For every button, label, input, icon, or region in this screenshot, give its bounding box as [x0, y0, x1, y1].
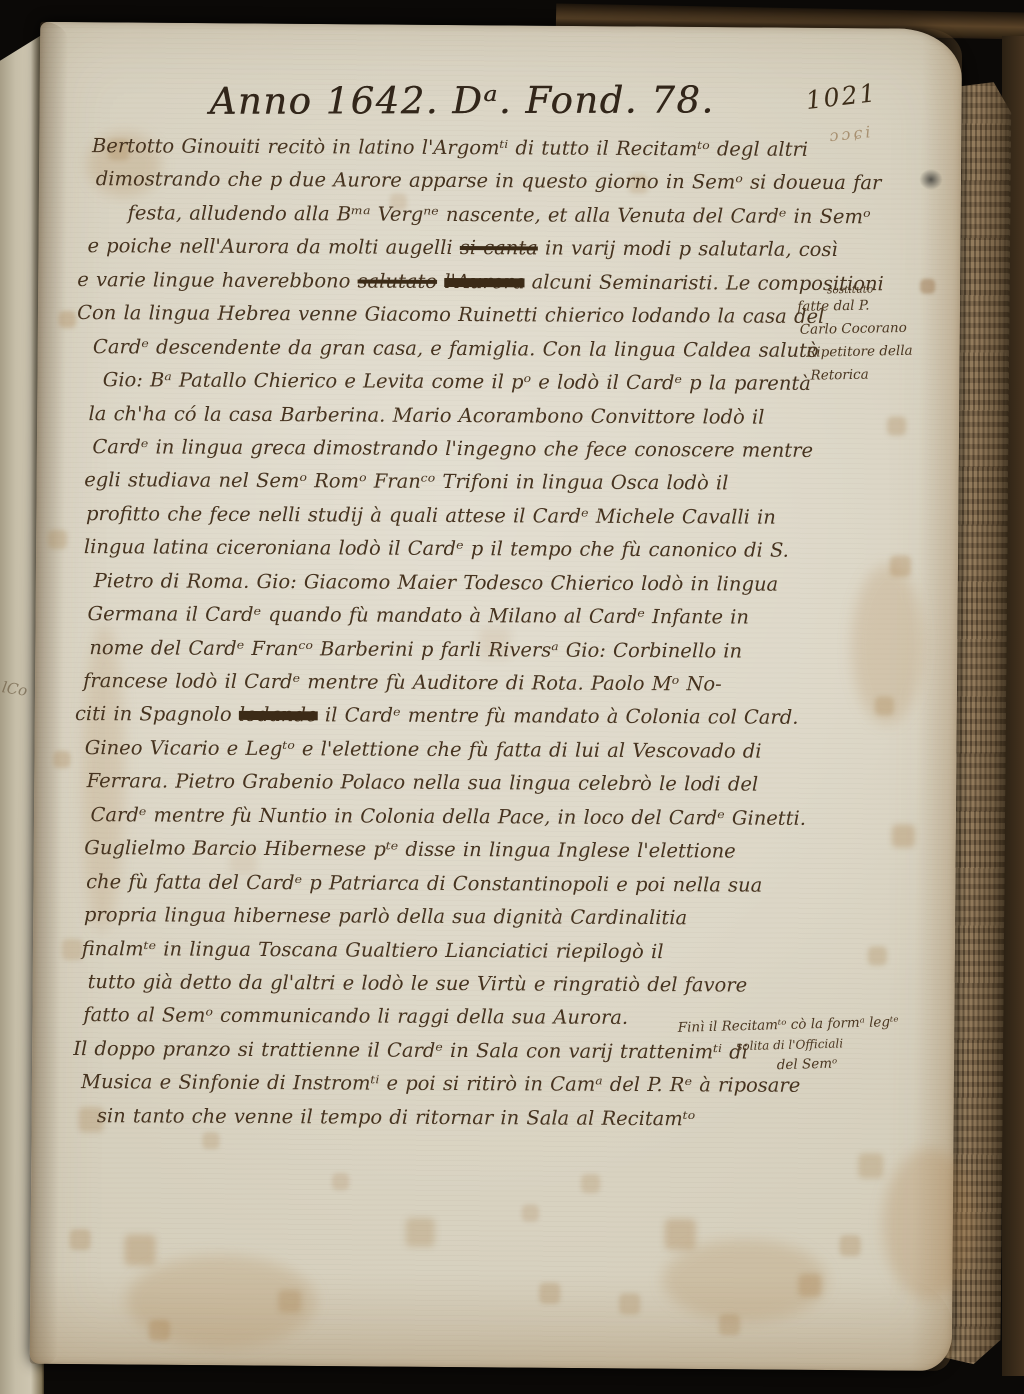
- manuscript-line: finalmᵗᵉ in lingua Toscana Gualtiero Lia…: [82, 932, 826, 969]
- handwritten-text: il Cardᵉ mentre fù mandato à Colonia col…: [318, 704, 799, 730]
- margin-note-lower: Finì il Recitamᵗᵒ cò la formᵃ legᵗᵉsolit…: [677, 1010, 969, 1078]
- manuscript-line: Cardᵉ in lingua greca dimostrando l'inge…: [92, 430, 828, 467]
- manuscript-line: francese lodò il Cardᵉ mentre fù Auditor…: [83, 664, 827, 701]
- handwritten-text: e poiche nell'Aurora da molti augelli: [87, 234, 459, 259]
- bleed-mark-top: ɔɔɕi: [829, 122, 875, 145]
- handwritten-text: sin tanto che venne il tempo di ritornar…: [97, 1104, 695, 1130]
- struck-text: si canta: [460, 236, 538, 259]
- handwritten-text: francese lodò il Cardᵉ mentre fù Auditor…: [83, 669, 722, 695]
- manuscript-line: e varie lingue haverebbono salutato l'Au…: [77, 263, 829, 300]
- manuscript-line: tutto già detto da gl'altri e lodò le su…: [88, 965, 826, 1002]
- manuscript-line: Pietro di Roma. Gio: Giacomo Maier Todes…: [94, 564, 828, 601]
- struck-text: lodando: [239, 703, 318, 726]
- ink-blot: [916, 166, 946, 193]
- manuscript-line: Gineo Vicario e Legᵗᵒ e l'elettione che …: [85, 731, 827, 768]
- margin-note-line: Carlo Cocorano: [800, 316, 963, 342]
- handwritten-text: in varij modi p salutarla, così: [538, 237, 838, 262]
- manuscript-text: Bertotto Ginouiti recitò in latino l'Arg…: [73, 129, 830, 1136]
- manuscript-line: sin tanto che venne il tempo di ritornar…: [97, 1099, 825, 1136]
- manuscript-line: la ch'ha có la casa Barberina. Mario Aco…: [89, 397, 829, 434]
- manuscript-line: Gio: Bᵃ Patallo Chierico e Levita come i…: [103, 363, 829, 400]
- manuscript-line: e poiche nell'Aurora da molti augelli si…: [87, 229, 829, 266]
- handwritten-text: Cardᵉ descendente da gran casa, e famigl…: [93, 335, 819, 362]
- margin-note-upper: sostituto fatte dal P.Carlo CocoranoRipe…: [797, 277, 964, 388]
- manuscript-line: Con la lingua Hebrea venne Giacomo Ruine…: [77, 296, 829, 333]
- handwritten-text: Cardᵉ mentre fù Nuntio in Colonia della …: [90, 803, 806, 830]
- handwritten-text: tutto già detto da gl'altri e lodò le su…: [88, 970, 748, 996]
- handwritten-text: festa, alludendo alla Bᵐᵃ Vergⁿᵉ nascent…: [128, 201, 871, 228]
- folio-number: 1021: [804, 78, 878, 115]
- manuscript-line: dimostrando che p due Aurore apparse in …: [96, 163, 830, 200]
- bleed-mark-left: lCo: [1, 678, 29, 700]
- manuscript-line: Ferrara. Pietro Grabenio Polaco nella su…: [87, 764, 827, 801]
- manuscript-line: Cardᵉ descendente da gran casa, e famigl…: [93, 330, 829, 367]
- manuscript-line: Germana il Cardᵉ quando fù mandato à Mil…: [87, 597, 827, 634]
- manuscript-line: che fù fatta del Cardᵉ p Patriarca di Co…: [86, 865, 826, 902]
- manuscript-line: Cardᵉ mentre fù Nuntio in Colonia della …: [90, 798, 826, 835]
- handwritten-text: Gineo Vicario e Legᵗᵒ e l'elettione che …: [85, 736, 762, 763]
- manuscript-line: festa, alludendo alla Bᵐᵃ Vergⁿᵉ nascent…: [128, 196, 830, 233]
- margin-note-line: Retorica: [810, 362, 963, 388]
- handwritten-text: Gio: Bᵃ Patallo Chierico e Levita come i…: [103, 368, 811, 395]
- manuscript-line: egli studiava nel Semᵒ Romᵒ Franᶜᵒ Trifo…: [84, 463, 828, 500]
- handwritten-text: profitto che fece nelli studij à quali a…: [86, 502, 776, 529]
- handwritten-text: Con la lingua Hebrea venne Giacomo Ruine…: [77, 301, 824, 328]
- margin-note-line: fatte dal P.: [797, 293, 962, 319]
- margin-note-lines: fatte dal P.Carlo CocoranoRipetitore del…: [797, 293, 964, 388]
- margin-note-line: Ripetitore della: [806, 339, 963, 365]
- manuscript-line: lingua latina ciceroniana lodò il Cardᵉ …: [84, 530, 828, 567]
- handwritten-text: Cardᵉ in lingua greca dimostrando l'inge…: [92, 435, 813, 462]
- struck-text: l'Aurora: [444, 270, 524, 293]
- manuscript-line: propria lingua hibernese parlò della sua…: [84, 898, 826, 935]
- handwritten-text: finalmᵗᵉ in lingua Toscana Gualtiero Lia…: [82, 937, 664, 963]
- handwritten-text: che fù fatta del Cardᵉ p Patriarca di Co…: [86, 870, 762, 897]
- handwritten-text: citi in Spagnolo: [75, 702, 239, 726]
- handwritten-text: nome del Cardᵉ Franᶜᵒ Barberini p farli …: [89, 636, 742, 662]
- manuscript-line: Guglielmo Barcio Hibernese pᵗᵉ disse in …: [84, 831, 826, 868]
- handwritten-text: la ch'ha có la casa Barberina. Mario Aco…: [89, 402, 765, 429]
- manuscript-line: profitto che fece nelli studij à quali a…: [86, 497, 828, 534]
- handwritten-text: propria lingua hibernese parlò della sua…: [84, 903, 687, 929]
- stain: [851, 564, 924, 725]
- struck-text: salutato: [358, 269, 438, 292]
- handwritten-text: Il doppo pranzo si trattienne il Cardᵉ i…: [73, 1037, 748, 1064]
- foxing-speckles: [40, 22, 43, 25]
- handwritten-text: dimostrando che p due Aurore apparse in …: [96, 168, 882, 195]
- handwritten-text: Germana il Cardᵉ quando fù mandato à Mil…: [87, 602, 749, 628]
- handwritten-text: Guglielmo Barcio Hibernese pᵗᵉ disse in …: [84, 836, 736, 862]
- handwritten-text: Pietro di Roma. Gio: Giacomo Maier Todes…: [94, 569, 779, 596]
- manuscript-line: nome del Cardᵉ Franᶜᵒ Barberini p farli …: [89, 631, 827, 668]
- handwritten-text: lingua latina ciceroniana lodò il Cardᵉ …: [84, 535, 789, 562]
- manuscript-line: Bertotto Ginouiti recitò in latino l'Arg…: [92, 129, 830, 166]
- handwritten-text: Bertotto Ginouiti recitò in latino l'Arg…: [92, 134, 808, 161]
- manuscript-page: Anno 1642. Dᵃ. Fond. 78. 1021 ɔɔɕi Berto…: [30, 22, 963, 1371]
- manuscript-line: citi in Spagnolo lodando il Cardᵉ mentre…: [75, 697, 827, 734]
- handwritten-text: Ferrara. Pietro Grabenio Polaco nella su…: [87, 769, 759, 796]
- handwritten-text: e varie lingue haverebbono: [77, 268, 357, 292]
- manuscript-photo: lCo Anno 1642. Dᵃ. Fond. 78. 1021 ɔɔɕi B…: [0, 0, 1024, 1394]
- edge-tint: [30, 1269, 953, 1371]
- handwritten-text: fatto al Semᵒ communicando li raggi dell…: [83, 1003, 628, 1029]
- page-heading: Anno 1642. Dᵃ. Fond. 78.: [210, 78, 715, 122]
- handwritten-text: egli studiava nel Semᵒ Romᵒ Franᶜᵒ Trifo…: [84, 468, 728, 494]
